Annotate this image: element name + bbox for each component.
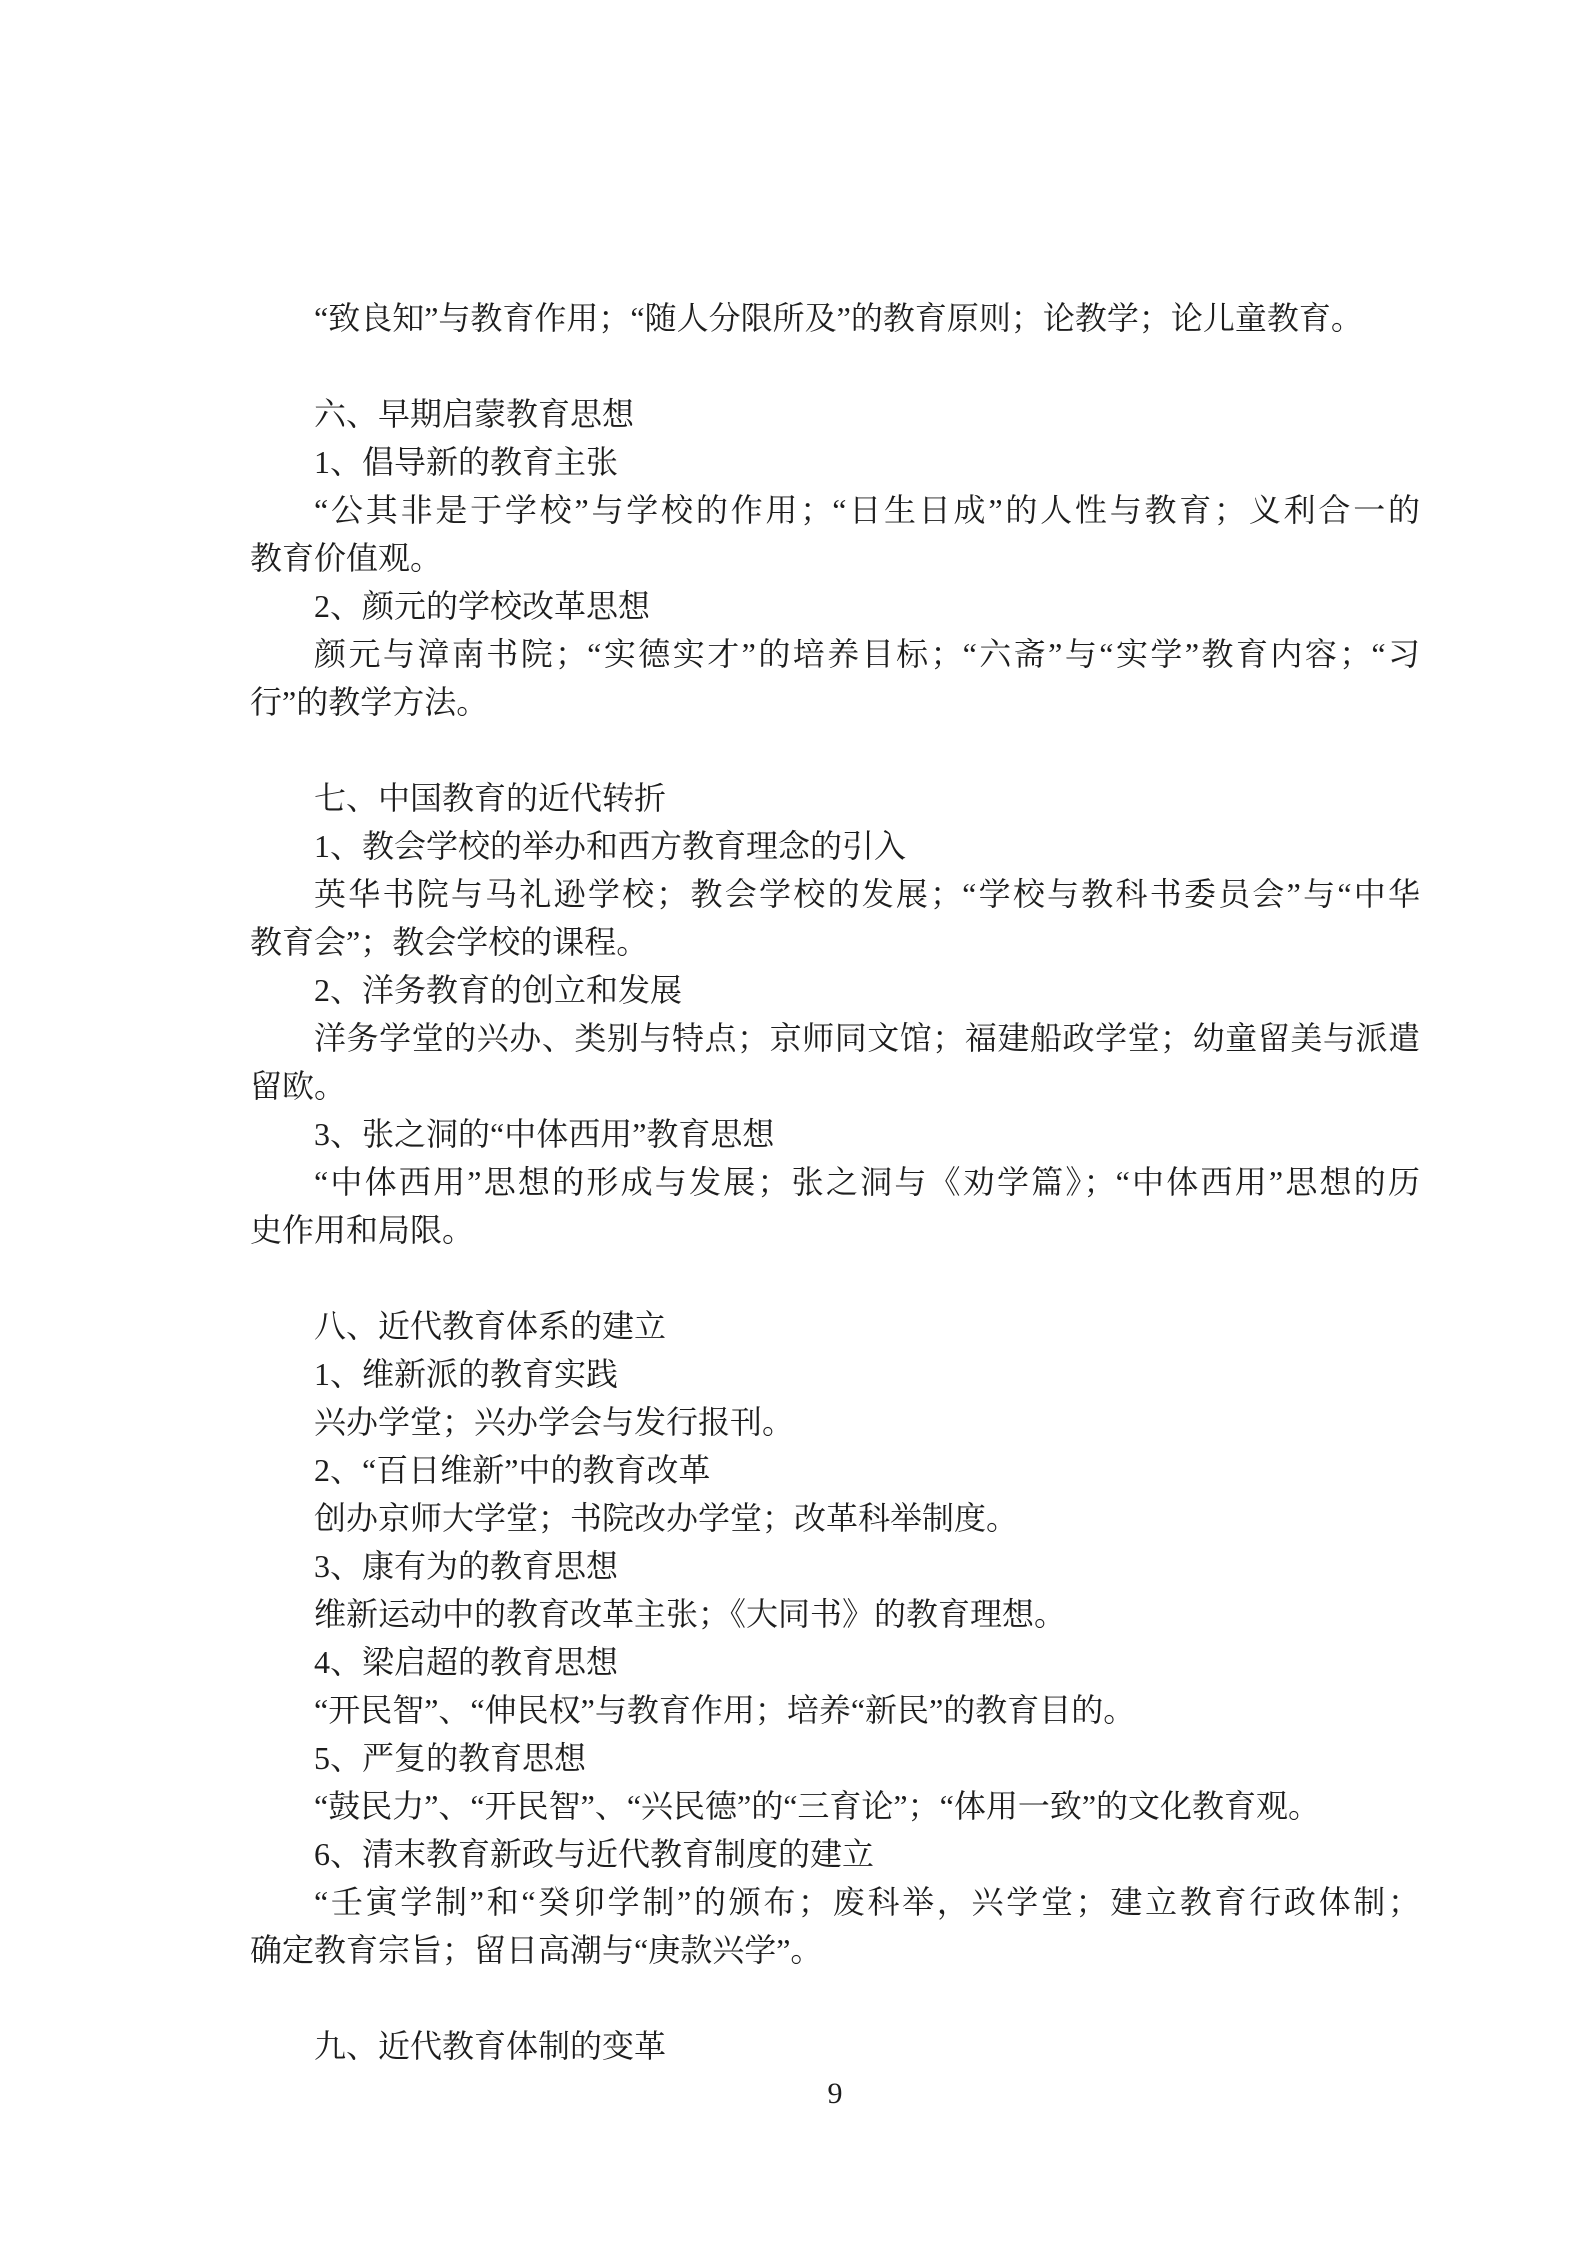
section-heading: 七、中国教育的近代转折 <box>250 774 1420 822</box>
body-line: 创办京师大学堂；书院改办学堂；改革科举制度。 <box>250 1494 1420 1542</box>
body-line: 行”的教学方法。 <box>250 678 1420 726</box>
body-line: “壬寅学制”和“癸卯学制”的颁布；废科举，兴学堂；建立教育行政体制； <box>250 1878 1420 1926</box>
blank-line <box>250 1974 1420 2022</box>
document-page: “致良知”与教育作用；“随人分限所及”的教育原则；论教学；论儿童教育。六、早期启… <box>250 294 1420 2118</box>
subsection-heading: 3、康有为的教育思想 <box>250 1542 1420 1590</box>
body-line: 确定教育宗旨；留日高潮与“庚款兴学”。 <box>250 1926 1420 1974</box>
body-line: 英华书院与马礼逊学校；教会学校的发展；“学校与教科书委员会”与“中华 <box>250 870 1420 918</box>
body-line: 颜元与漳南书院；“实德实才”的培养目标；“六斋”与“实学”教育内容；“习 <box>250 630 1420 678</box>
blank-line <box>250 342 1420 390</box>
section-heading: 八、近代教育体系的建立 <box>250 1302 1420 1350</box>
body-line: “致良知”与教育作用；“随人分限所及”的教育原则；论教学；论儿童教育。 <box>250 294 1420 342</box>
blank-line <box>250 1254 1420 1302</box>
blank-line <box>250 726 1420 774</box>
subsection-heading: 5、严复的教育思想 <box>250 1734 1420 1782</box>
subsection-heading: 6、清末教育新政与近代教育制度的建立 <box>250 1830 1420 1878</box>
subsection-heading: 2、“百日维新”中的教育改革 <box>250 1446 1420 1494</box>
subsection-heading: 1、倡导新的教育主张 <box>250 438 1420 486</box>
subsection-heading: 2、颜元的学校改革思想 <box>250 582 1420 630</box>
subsection-heading: 1、教会学校的举办和西方教育理念的引入 <box>250 822 1420 870</box>
subsection-heading: 4、梁启超的教育思想 <box>250 1638 1420 1686</box>
subsection-heading: 3、张之洞的“中体西用”教育思想 <box>250 1110 1420 1158</box>
body-line: “中体西用”思想的形成与发展；张之洞与《劝学篇》；“中体西用”思想的历 <box>250 1158 1420 1206</box>
body-line: 教育会”；教会学校的课程。 <box>250 918 1420 966</box>
body-line: 维新运动中的教育改革主张；《大同书》的教育理想。 <box>250 1590 1420 1638</box>
body-line: 洋务学堂的兴办、类别与特点；京师同文馆；福建船政学堂；幼童留美与派遣 <box>250 1014 1420 1062</box>
subsection-heading: 2、洋务教育的创立和发展 <box>250 966 1420 1014</box>
body-line: “鼓民力”、“开民智”、“兴民德”的“三育论”；“体用一致”的文化教育观。 <box>250 1782 1420 1830</box>
body-line: “公其非是于学校”与学校的作用；“日生日成”的人性与教育；义利合一的 <box>250 486 1420 534</box>
section-heading: 九、近代教育体制的变革 <box>250 2022 1420 2070</box>
section-heading: 六、早期启蒙教育思想 <box>250 390 1420 438</box>
body-line: 史作用和局限。 <box>250 1206 1420 1254</box>
document-body: “致良知”与教育作用；“随人分限所及”的教育原则；论教学；论儿童教育。六、早期启… <box>250 294 1420 2070</box>
body-line: 兴办学堂；兴办学会与发行报刊。 <box>250 1398 1420 1446</box>
page-number: 9 <box>250 2070 1420 2118</box>
body-line: “开民智”、“伸民权”与教育作用；培养“新民”的教育目的。 <box>250 1686 1420 1734</box>
body-line: 教育价值观。 <box>250 534 1420 582</box>
subsection-heading: 1、维新派的教育实践 <box>250 1350 1420 1398</box>
body-line: 留欧。 <box>250 1062 1420 1110</box>
